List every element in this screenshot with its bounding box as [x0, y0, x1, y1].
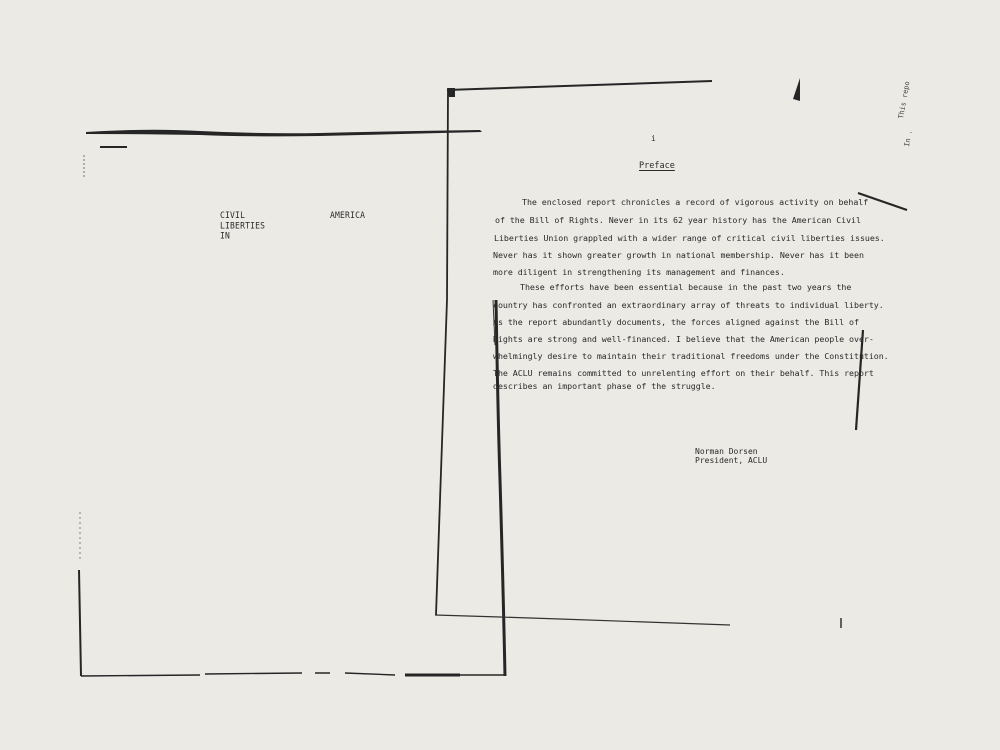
cover-title: CIVIL LIBERTIES IN AMERICA — [220, 210, 265, 241]
text-line: The enclosed report chronicles a record … — [522, 197, 868, 207]
text-line: The ACLU remains committed to unrelentin… — [493, 368, 874, 378]
signature-title: President, ACLU — [695, 456, 767, 465]
text-line: Rights are strong and well-financed. I b… — [493, 334, 874, 344]
third-page-corner-mark — [793, 78, 800, 101]
text-line: more diligent in strengthening its manag… — [493, 267, 785, 277]
cover-title-part1: CIVIL LIBERTIES IN — [220, 210, 265, 241]
text-line: whelmingly desire to maintain their trad… — [493, 351, 889, 361]
page-number: i — [651, 134, 656, 143]
text-line: Liberties Union grappled with a wider ra… — [494, 233, 885, 243]
cover-title-part2: AMERICA — [330, 210, 365, 220]
preface-heading: Preface — [639, 161, 675, 171]
text-line: Never has it shown greater growth in nat… — [493, 250, 864, 260]
text-line: country has confronted an extraordinary … — [493, 300, 884, 310]
text-line: These efforts have been essential becaus… — [520, 282, 851, 292]
text-line: of the Bill of Rights. Never in its 62 y… — [495, 215, 861, 225]
signature-name: Norman Dorsen — [695, 447, 758, 456]
text-line: As the report abundantly documents, the … — [493, 317, 859, 327]
cover-top-edge — [86, 130, 482, 137]
text-line: describes an important phase of the stru… — [493, 381, 716, 391]
